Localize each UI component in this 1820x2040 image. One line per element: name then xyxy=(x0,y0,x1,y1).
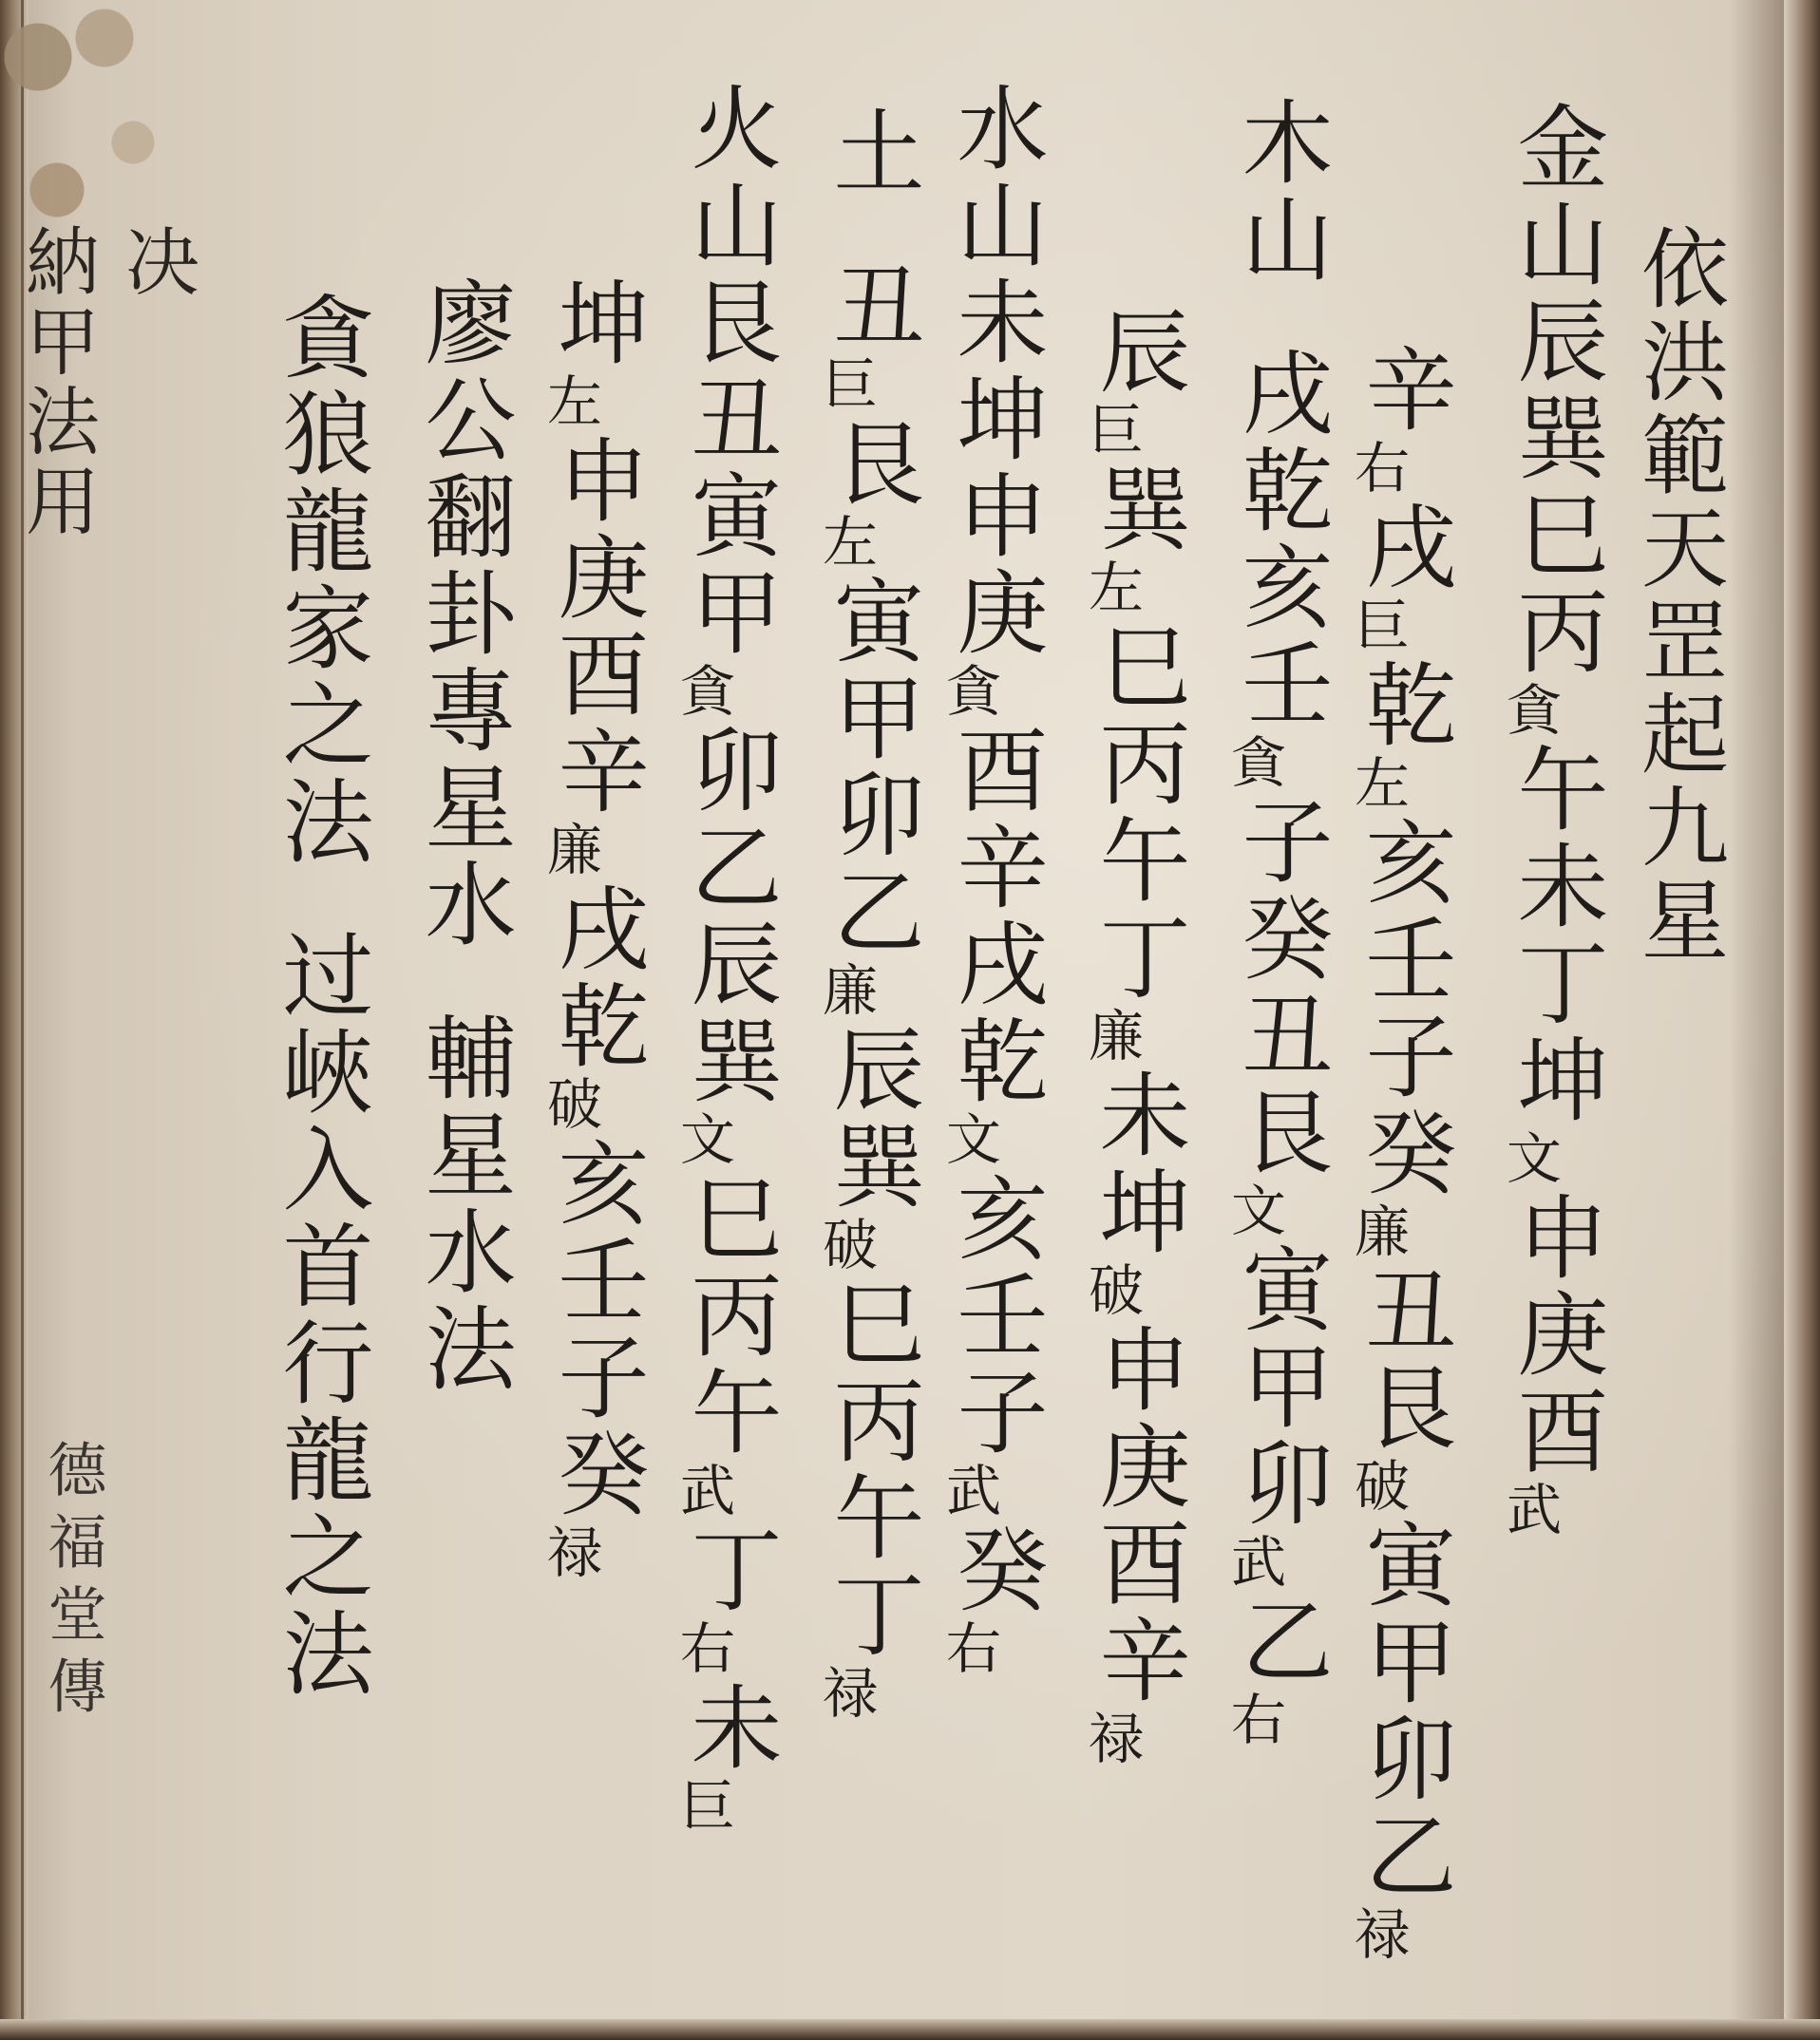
side-heading: 納甲法用 xyxy=(19,223,93,542)
column-text: 癸 xyxy=(942,1522,1049,1619)
column-text: 戌 xyxy=(1351,500,1457,596)
column-text: 寅甲卯乙 xyxy=(1351,1518,1457,1905)
star-annotation: 破 xyxy=(1079,1261,1144,1322)
column-text: 辰巽 xyxy=(819,1022,925,1216)
column-text: 火山艮丑寅甲 xyxy=(676,81,783,662)
star-annotation: 巨 xyxy=(1345,596,1410,657)
column-text: 木山 xyxy=(1227,95,1334,289)
star-annotation: 廉 xyxy=(1079,1007,1144,1067)
page-bottom-edge xyxy=(0,2019,1820,2040)
publisher-mark: 德福堂傳 xyxy=(43,1439,102,1728)
column-text: 巳丙午丁 xyxy=(819,1276,925,1664)
star-annotation: 右 xyxy=(937,1619,1001,1680)
column-text: 土 xyxy=(819,104,925,201)
star-annotation: 貪 xyxy=(937,662,1001,723)
column-text: 廖公翻卦專星水 xyxy=(410,275,517,954)
star-annotation: 禄 xyxy=(1345,1905,1410,1966)
star-annotation: 貪 xyxy=(1497,681,1562,742)
star-annotation: 武 xyxy=(1497,1481,1562,1541)
column-text: 巽 xyxy=(1085,462,1191,558)
column-text: 貪狼龍家之法 xyxy=(268,290,374,871)
column-text: 寅甲卯 xyxy=(1227,1242,1334,1533)
column-text: 未坤 xyxy=(1085,1067,1191,1261)
column-wood-mountain: 木山戌乾亥壬貪子癸丑艮文寅甲卯武乙右 xyxy=(1235,95,1326,1751)
star-annotation: 武 xyxy=(671,1462,735,1522)
column-text: 过峽入首行龍之法 xyxy=(268,928,374,1703)
column-text: 亥壬子癸 xyxy=(543,1136,650,1523)
star-annotation: 巨 xyxy=(1079,401,1144,462)
star-annotation: 武 xyxy=(937,1462,1001,1522)
column-text: 依洪範天罡起九星 xyxy=(1627,223,1729,968)
star-annotation: 破 xyxy=(1345,1457,1410,1518)
column-earth-mountain: 土丑巨艮左寅甲卯乙廉辰巽破巳丙午丁禄 xyxy=(826,104,918,1725)
column-text: 丑艮 xyxy=(1351,1263,1457,1457)
star-annotation: 文 xyxy=(937,1110,1001,1171)
column-text: 坤 xyxy=(543,275,650,372)
star-annotation: 廉 xyxy=(1345,1202,1410,1263)
star-annotation: 巨 xyxy=(813,355,878,416)
column-metal-mountain-cont: 辛右戌巨乾左亥壬子癸廉丑艮破寅甲卯乙禄 xyxy=(1358,342,1450,1966)
column-liao-method: 廖公翻卦專星水輔星水法 xyxy=(418,275,509,1398)
column-text: 亥壬子癸 xyxy=(1351,815,1457,1202)
star-annotation: 貪 xyxy=(1222,733,1286,794)
star-annotation: 禄 xyxy=(1079,1709,1144,1770)
column-text: 戌乾 xyxy=(543,881,650,1075)
star-annotation: 右 xyxy=(1222,1691,1286,1751)
column-fire-mountain: 火山艮丑寅甲貪卯乙辰巽文巳丙午武丁右未巨 xyxy=(684,81,775,1838)
manuscript-page: 依洪範天罡起九星 金山辰巽巳丙貪午未丁坤文申庚酉武 辛右戌巨乾左亥壬子癸廉丑艮破… xyxy=(0,0,1820,2040)
star-annotation: 左 xyxy=(538,372,602,433)
column-text: 申庚酉辛 xyxy=(543,433,650,821)
column-text: 巳丙午丁 xyxy=(1085,619,1191,1007)
column-text: 卯乙辰巽 xyxy=(676,723,783,1110)
column-text: 午未丁坤 xyxy=(1503,742,1609,1129)
star-annotation: 文 xyxy=(671,1110,735,1171)
column-text: 辛 xyxy=(1351,342,1457,439)
column-text: 子癸丑艮 xyxy=(1227,794,1334,1181)
column-water-mountain: 水山未坤申庚貪酉辛戌乾文亥壬子武癸右 xyxy=(950,81,1041,1680)
star-annotation: 破 xyxy=(538,1075,602,1136)
column-text: 艮 xyxy=(819,416,925,513)
column-text: 巳丙午 xyxy=(676,1171,783,1462)
column-text: 乾 xyxy=(1351,657,1457,754)
star-annotation: 文 xyxy=(1222,1181,1286,1242)
column-text: 丁 xyxy=(676,1522,783,1619)
column-tanlang-method: 貪狼龍家之法过峽入首行龍之法 xyxy=(275,290,367,1703)
column-text: 未 xyxy=(676,1680,783,1777)
star-annotation: 右 xyxy=(671,1619,735,1680)
column-text: 丑 xyxy=(819,258,925,355)
column-text: 辰 xyxy=(1085,304,1191,401)
star-annotation: 左 xyxy=(1079,558,1144,619)
column-text: 未坤申庚 xyxy=(942,274,1049,662)
column-text: 金山辰巽巳丙 xyxy=(1503,100,1609,681)
star-annotation: 文 xyxy=(1497,1129,1562,1190)
star-annotation: 左 xyxy=(813,513,878,574)
star-annotation: 武 xyxy=(1222,1533,1286,1594)
column-text: 申庚酉 xyxy=(1503,1190,1609,1481)
star-annotation: 廉 xyxy=(538,821,602,881)
star-annotation: 左 xyxy=(1345,754,1410,815)
star-annotation: 禄 xyxy=(813,1664,878,1725)
column-text: 乙 xyxy=(1227,1594,1334,1691)
column-text: 輔星水法 xyxy=(410,1011,517,1398)
column-text: 戌乾亥壬 xyxy=(1227,346,1334,733)
column-title: 依洪範天罡起九星 xyxy=(1634,223,1721,968)
star-annotation: 廉 xyxy=(813,961,878,1022)
side-heading-mark: 决 xyxy=(119,223,193,303)
star-annotation: 貪 xyxy=(671,662,735,723)
column-text: 酉辛戌乾 xyxy=(942,723,1049,1110)
star-annotation: 破 xyxy=(813,1216,878,1276)
column-wood-mountain-cont: 辰巨巽左巳丙午丁廉未坤破申庚酉辛禄 xyxy=(1092,304,1184,1770)
column-text: 水山 xyxy=(942,81,1049,274)
column-fire-mountain-cont: 坤左申庚酉辛廉戌乾破亥壬子癸禄 xyxy=(551,275,642,1584)
column-text: 寅甲卯乙 xyxy=(819,574,925,961)
star-annotation: 巨 xyxy=(671,1777,735,1838)
column-text: 亥壬子 xyxy=(942,1171,1049,1462)
column-text: 申庚酉辛 xyxy=(1085,1322,1191,1709)
star-annotation: 禄 xyxy=(538,1523,602,1584)
star-annotation: 右 xyxy=(1345,439,1410,500)
column-metal-mountain: 金山辰巽巳丙貪午未丁坤文申庚酉武 xyxy=(1510,100,1602,1541)
page-right-edge xyxy=(1784,0,1820,2040)
